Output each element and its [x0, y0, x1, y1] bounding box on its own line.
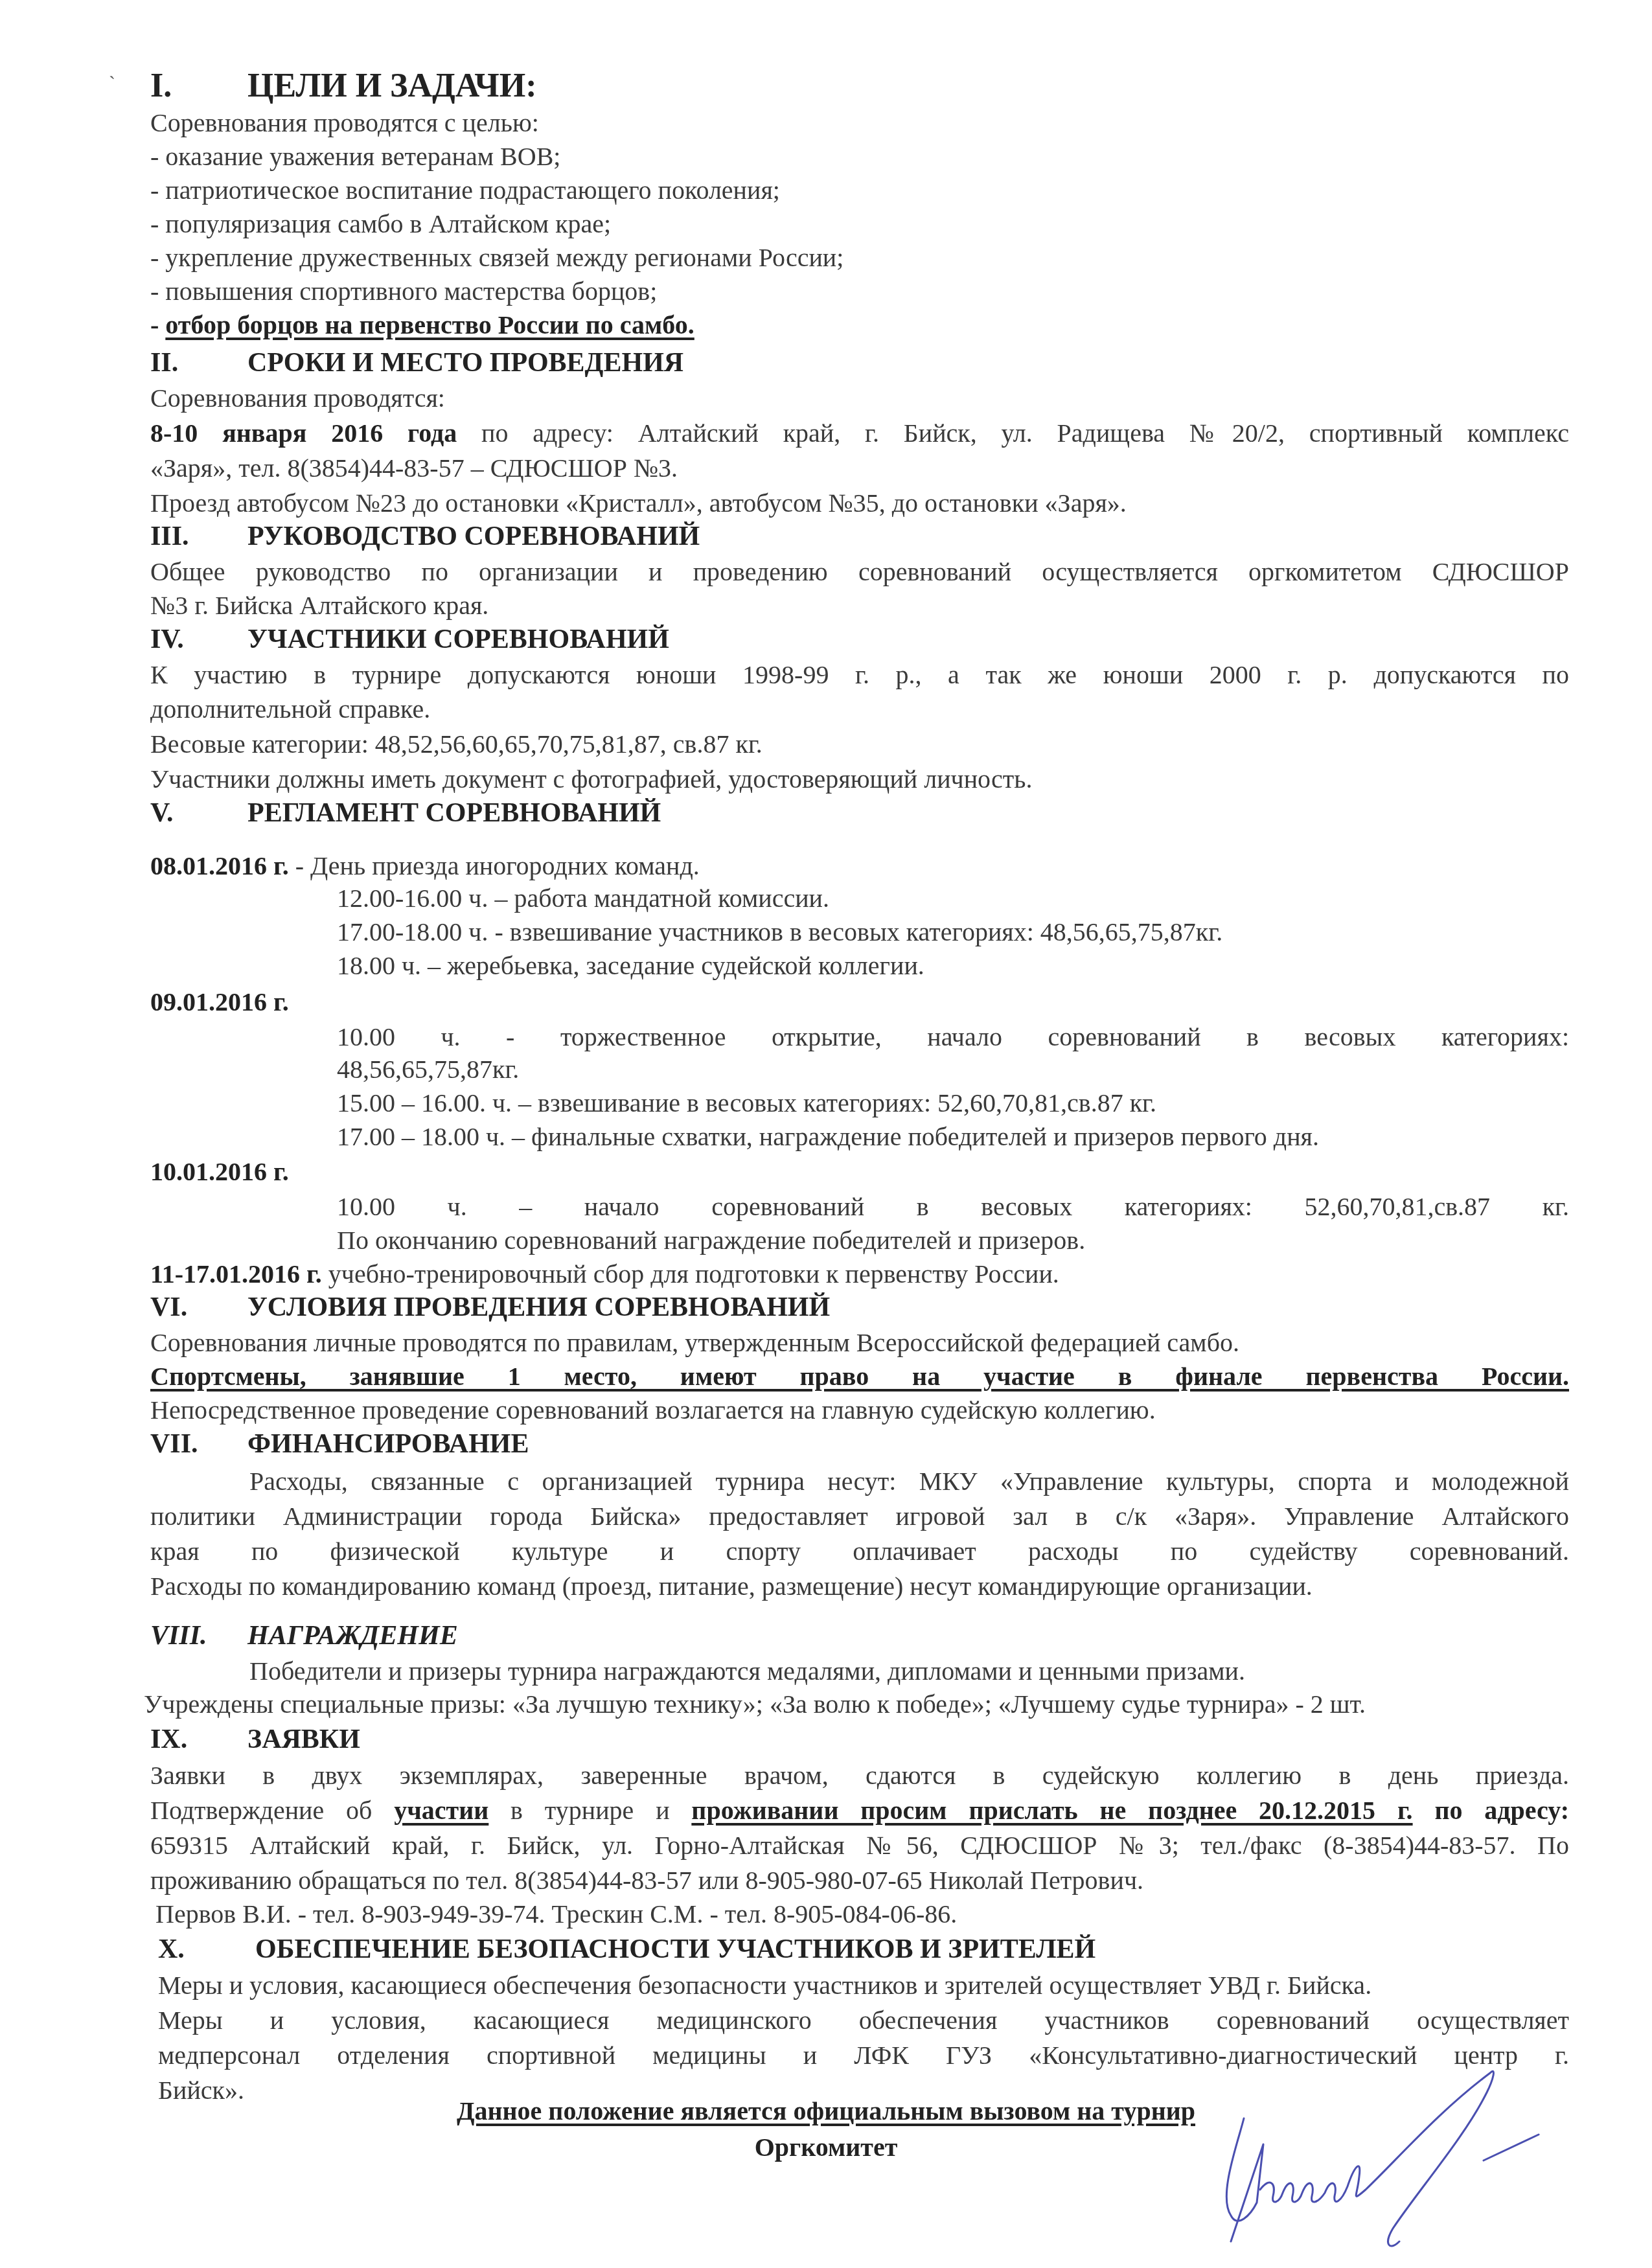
competition-rules: Соревнования личные проводятся по правил…	[150, 1327, 1569, 1359]
financing-text: края по физической культуре и спорту опл…	[150, 1535, 1569, 1568]
section-number: VII.	[150, 1428, 247, 1460]
handwritten-signature	[1192, 2047, 1555, 2267]
section-number: III.	[150, 520, 247, 553]
goal-item: - повышения спортивного мастерства борцо…	[150, 275, 1569, 308]
section-number: VIII.	[150, 1620, 247, 1652]
training-camp-text: учебно-тренировочный сбор для подготовки…	[322, 1259, 1059, 1289]
section-number: IX.	[150, 1723, 247, 1756]
section-number: X.	[158, 1933, 255, 1965]
applications-address: 659315 Алтайский край, г. Бийск, ул. Гор…	[150, 1829, 1569, 1862]
goal-item: - патриотическое воспитание подрастающег…	[150, 174, 1569, 207]
event-address: по адресу: Алтайский край, г. Бийск, ул.…	[457, 418, 1569, 448]
contact-info: Первов В.И. - тел. 8-903-949-39-74. Трес…	[155, 1898, 1574, 1930]
id-requirement: Участники должны иметь документ с фотогр…	[150, 763, 1569, 796]
participants-text: К участию в турнире допускаются юноши 19…	[150, 659, 1569, 691]
section-title: ЦЕЛИ И ЗАДАЧИ:	[247, 67, 536, 104]
schedule-item: 12.00-16.00 ч. – работа мандатной комисс…	[337, 882, 1569, 915]
schedule-day-title: - День приезда иногородних команд.	[289, 851, 700, 880]
financing-text: Расходы, связанные с организацией турнир…	[249, 1465, 1569, 1498]
transport-info: Проезд автобусом №23 до остановки «Крист…	[150, 487, 1569, 520]
underlined-deadline: проживании просим прислать не позднее 20…	[691, 1796, 1412, 1825]
safety-text: Меры и условия, касающиеся обеспечения б…	[158, 1969, 1577, 2002]
bullet-dash: -	[150, 310, 165, 339]
section-title: РУКОВОДСТВО СОРЕВНОВАНИЙ	[247, 521, 700, 551]
schedule-date: 11-17.01.2016 г.	[150, 1259, 322, 1289]
section-10-heading: X.ОБЕСПЕЧЕНИЕ БЕЗОПАСНОСТИ УЧАСТНИКОВ И …	[158, 1933, 1577, 1965]
schedule-item: 10.00 ч. - торжественное открытие, начал…	[337, 1021, 1569, 1053]
underlined-participation: участии	[394, 1796, 488, 1825]
section-3-heading: III.РУКОВОДСТВО СОРЕВНОВАНИЙ	[150, 520, 1569, 553]
training-camp: 11-17.01.2016 г. учебно-тренировочный сб…	[150, 1258, 1569, 1290]
weight-categories: Весовые категории: 48,52,56,60,65,70,75,…	[150, 728, 1569, 761]
schedule-date: 09.01.2016 г.	[150, 986, 1569, 1018]
section-5-heading: V.РЕГЛАМЕНТ СОРЕВНОВАНИЙ	[150, 797, 1569, 829]
section-title: УСЛОВИЯ ПРОВЕДЕНИЯ СОРЕВНОВАНИЙ	[247, 1292, 830, 1322]
goal-item-highlighted: - отбор борцов на первенство России по с…	[150, 309, 1569, 341]
text: Подтверждение об	[150, 1796, 394, 1825]
text: в турнире и	[488, 1796, 691, 1825]
section-4-heading: IV.УЧАСТНИКИ СОРЕВНОВАНИЙ	[150, 623, 1569, 656]
document-page: ˋ I.ЦЕЛИ И ЗАДАЧИ: Соревнования проводят…	[0, 0, 1652, 2268]
qualification-notice: Спортсмены, занявшие 1 место, имеют прав…	[150, 1360, 1569, 1393]
schedule-item: 48,56,65,75,87кг.	[337, 1053, 1569, 1086]
schedule-item: 10.00 ч. – начало соревнований в весовых…	[337, 1191, 1569, 1223]
event-dates: 8-10 января 2016 года	[150, 418, 457, 448]
section-7-heading: VII.ФИНАНСИРОВАНИЕ	[150, 1428, 1569, 1460]
section-number: I.	[150, 70, 247, 102]
section-2-intro: Соревнования проводятся:	[150, 382, 1569, 415]
section-title: ОБЕСПЕЧЕНИЕ БЕЗОПАСНОСТИ УЧАСТНИКОВ И ЗР…	[255, 1934, 1096, 1964]
text: по адресу:	[1413, 1796, 1569, 1825]
goal-item: - популяризация самбо в Алтайском крае;	[150, 208, 1569, 240]
special-prizes: Учреждены специальные призы: «За лучшую …	[144, 1688, 1563, 1721]
section-title: СРОКИ И МЕСТО ПРОВЕДЕНИЯ	[247, 348, 683, 378]
section-8-heading: VIII.НАГРАЖДЕНИЕ	[150, 1620, 1569, 1652]
schedule-item: 17.00 – 18.00 ч. – финальные схватки, на…	[337, 1121, 1569, 1153]
goal-item: - оказание уважения ветеранам ВОВ;	[150, 141, 1569, 173]
scan-mark: ˋ	[109, 73, 115, 95]
safety-text: Меры и условия, касающиеся медицинского …	[158, 2004, 1569, 2037]
venue-phone: «Заря», тел. 8(3854)44-83-57 – СДЮСШОР №…	[150, 452, 1569, 485]
section-number: II.	[150, 347, 247, 379]
section-2-heading: II.СРОКИ И МЕСТО ПРОВЕДЕНИЯ	[150, 347, 1569, 379]
underlined-goal: отбор борцов на первенство России по сам…	[165, 310, 694, 339]
schedule-item: 18.00 ч. – жеребьевка, заседание судейск…	[337, 950, 1569, 982]
schedule-date: 08.01.2016 г.	[150, 851, 289, 880]
financing-text: политики Администрации города Бийска» пр…	[150, 1500, 1569, 1533]
goal-item: - укрепление дружественных связей между …	[150, 242, 1569, 274]
schedule-item: 15.00 – 16.00. ч. – взвешивание в весовы…	[337, 1087, 1569, 1119]
section-number: V.	[150, 797, 247, 829]
section-9-heading: IX.ЗАЯВКИ	[150, 1723, 1569, 1756]
schedule-item: 17.00-18.00 ч. - взвешивание участников …	[337, 916, 1569, 948]
section-title: ФИНАНСИРОВАНИЕ	[247, 1429, 529, 1459]
applications-text: Заявки в двух экземплярах, заверенные вр…	[150, 1759, 1569, 1792]
section-title: РЕГЛАМЕНТ СОРЕВНОВАНИЙ	[247, 798, 661, 828]
official-call-text: Данное положение является официальным вы…	[457, 2096, 1195, 2125]
section-title: ЗАЯВКИ	[247, 1724, 360, 1754]
judging-text: Непосредственное проведение соревнований…	[150, 1394, 1569, 1426]
section-number: VI.	[150, 1291, 247, 1323]
event-dates-address: 8-10 января 2016 года по адресу: Алтайск…	[150, 417, 1569, 450]
schedule-day-1: 08.01.2016 г. - День приезда иногородних…	[150, 850, 1569, 882]
management-text: №3 г. Бийска Алтайского края.	[150, 590, 1569, 622]
awards-text: Победители и призеры турнира награждаютс…	[249, 1655, 1652, 1688]
section-1-intro: Соревнования проводятся с целью:	[150, 107, 1569, 139]
section-title: НАГРАЖДЕНИЕ	[247, 1621, 458, 1651]
applications-deadline: Подтверждение об участии в турнире и про…	[150, 1794, 1569, 1827]
section-6-heading: VI.УСЛОВИЯ ПРОВЕДЕНИЯ СОРЕВНОВАНИЙ	[150, 1291, 1569, 1323]
schedule-date: 10.01.2016 г.	[150, 1156, 1569, 1188]
section-1-heading: I.ЦЕЛИ И ЗАДАЧИ:	[150, 70, 1569, 102]
section-number: IV.	[150, 623, 247, 656]
financing-text: Расходы по командированию команд (проезд…	[150, 1570, 1569, 1603]
schedule-item: По окончанию соревнований награждение по…	[337, 1224, 1569, 1257]
management-text: Общее руководство по организации и прове…	[150, 556, 1569, 588]
section-title: УЧАСТНИКИ СОРЕВНОВАНИЙ	[247, 624, 669, 654]
contact-info: проживанию обращаться по тел. 8(3854)44-…	[150, 1864, 1569, 1897]
participants-text: дополнительной справке.	[150, 693, 1569, 726]
